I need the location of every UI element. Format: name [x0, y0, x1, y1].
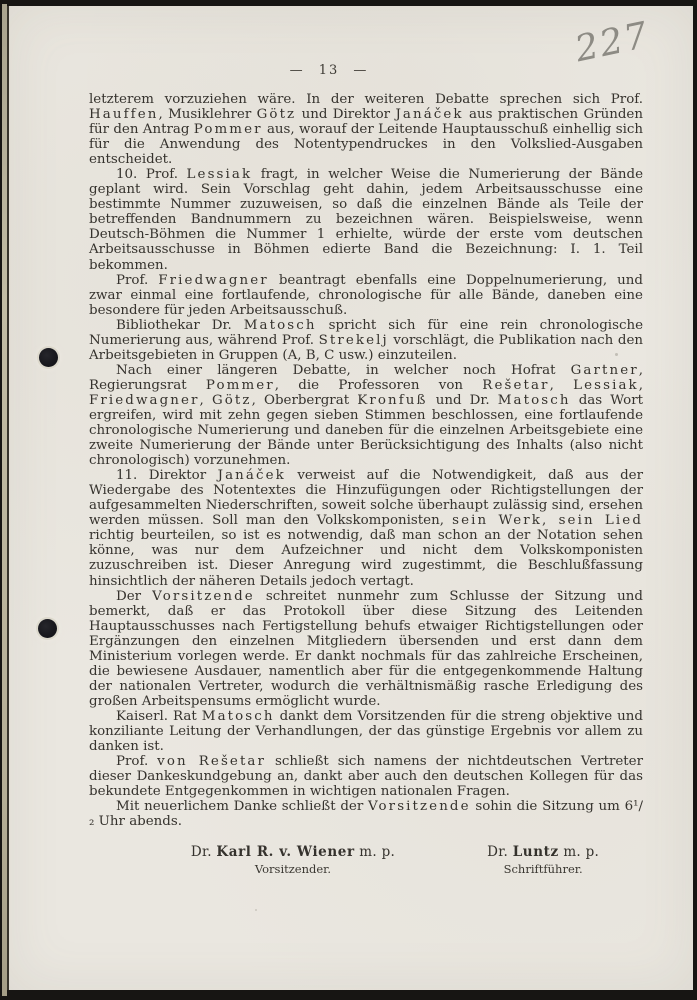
text-segment: Prof.	[116, 273, 158, 288]
body-paragraph: Bibliothekar Dr. Matosch spricht sich fü…	[89, 318, 643, 363]
text-segment: und Direktor	[296, 107, 395, 122]
signature-suffix: m. p.	[559, 844, 599, 860]
signature-prefix: Dr.	[487, 844, 513, 860]
body-paragraph: Mit neuerlichem Danke schließt der Vorsi…	[89, 799, 643, 829]
handwritten-page-number: 227	[572, 15, 654, 71]
signature-left: Dr. Karl R. v. Wiener m. p. Vorsitzender…	[191, 845, 395, 877]
person-name: Janáček	[395, 107, 463, 122]
person-name: Rešetar	[482, 378, 549, 393]
printed-page-number: — 13 —	[249, 63, 409, 78]
body-paragraph: 11. Direktor Janáček verweist auf die No…	[89, 468, 643, 588]
person-name: sein Werk, sein Lied	[452, 513, 643, 528]
text-segment: richtig beurteilen, so ist es notwendig,…	[89, 528, 643, 588]
person-name: Pommer	[194, 122, 263, 137]
text-segment: letzterem vorzuziehen wäre. In der weite…	[89, 92, 643, 107]
body-paragraph: 10. Prof. Lessiak fragt, in welcher Weis…	[89, 167, 643, 272]
text-segment: Prof.	[116, 754, 157, 769]
signature-role: Vorsitzender.	[191, 862, 395, 877]
document-body: letzterem vorzuziehen wäre. In der weite…	[89, 92, 643, 877]
body-paragraph: letzterem vorzuziehen wäre. In der weite…	[89, 92, 643, 167]
text-segment: , Musiklehrer	[158, 107, 256, 122]
person-name: Götz	[212, 393, 252, 408]
person-name: Kronfuß	[357, 393, 427, 408]
hole-punch-top	[39, 348, 58, 367]
signature-role: Schriftführer.	[487, 862, 599, 877]
signature-name: Dr. Luntz m. p.	[487, 845, 599, 860]
person-name: Hauffen	[89, 107, 158, 122]
person-name: Lessiak	[187, 167, 253, 182]
body-paragraph: Prof. Friedwagner beantragt ebenfalls ei…	[89, 273, 643, 318]
page: 227 — 13 — letzterem vorzuziehen wäre. I…	[7, 6, 693, 990]
body-paragraph: Kaiserl. Rat Matosch dankt dem Vorsitzen…	[89, 709, 643, 754]
text-segment: Mit neuerlichem Danke schließt der	[116, 799, 368, 814]
text-segment: , Oberbergrat	[252, 393, 358, 408]
signature-suffix: m. p.	[355, 844, 395, 860]
person-name: Matosch	[498, 393, 571, 408]
person-name: Janáček	[218, 468, 286, 483]
body-paragraph: Nach einer längeren Debatte, in welcher …	[89, 363, 643, 468]
person-name: Friedwagner	[89, 393, 200, 408]
person-name: Strekelj	[319, 333, 389, 348]
person-name: Friedwagner	[158, 273, 269, 288]
text-segment: 10. Prof.	[116, 167, 187, 182]
signature-prefix: Dr.	[191, 844, 217, 860]
body-paragraph: Der Vorsitzende schreitet nunmehr zum Sc…	[89, 589, 643, 709]
text-segment: 11. Direktor	[116, 468, 218, 483]
signature-row: Dr. Karl R. v. Wiener m. p. Vorsitzender…	[147, 845, 643, 877]
hole-punch-bottom	[38, 619, 57, 638]
scanner-background: { "document": { "handwritten_page_number…	[0, 0, 697, 1000]
body-paragraphs: letzterem vorzuziehen wäre. In der weite…	[89, 92, 643, 829]
text-segment: Nach einer längeren Debatte, in welcher …	[116, 363, 571, 378]
text-segment: , die Professoren von	[275, 378, 483, 393]
paper-speck	[255, 909, 257, 911]
person-name: Matosch	[244, 318, 317, 333]
text-segment: und Dr.	[428, 393, 498, 408]
text-segment: fragt, in welcher Weise die Numerierung …	[89, 167, 643, 272]
text-segment: ,	[639, 378, 643, 393]
text-segment: ,	[550, 378, 574, 393]
person-name: Gartner	[571, 363, 639, 378]
person-name: Lessiak	[573, 378, 639, 393]
text-segment: Der	[116, 589, 152, 604]
text-segment: Bibliothekar Dr.	[116, 318, 244, 333]
person-name: Vorsitzende	[152, 589, 255, 604]
person-name: Götz	[257, 107, 297, 122]
text-segment: Kaiserl. Rat	[116, 709, 202, 724]
person-name: Vorsitzende	[368, 799, 471, 814]
person-name: Pommer	[206, 378, 275, 393]
person-name: Matosch	[202, 709, 275, 724]
text-segment: ,	[200, 393, 212, 408]
person-name: von Rešetar	[157, 754, 266, 769]
text-segment: schreitet nunmehr zum Schlusse der Sitzu…	[89, 589, 643, 709]
signature-name: Dr. Karl R. v. Wiener m. p.	[191, 845, 395, 860]
signature-right: Dr. Luntz m. p. Schriftführer.	[487, 845, 599, 877]
signature-name-bold: Karl R. v. Wiener	[216, 844, 354, 860]
signature-name-bold: Luntz	[513, 844, 559, 860]
body-paragraph: Prof. von Rešetar schließt sich namens d…	[89, 754, 643, 799]
